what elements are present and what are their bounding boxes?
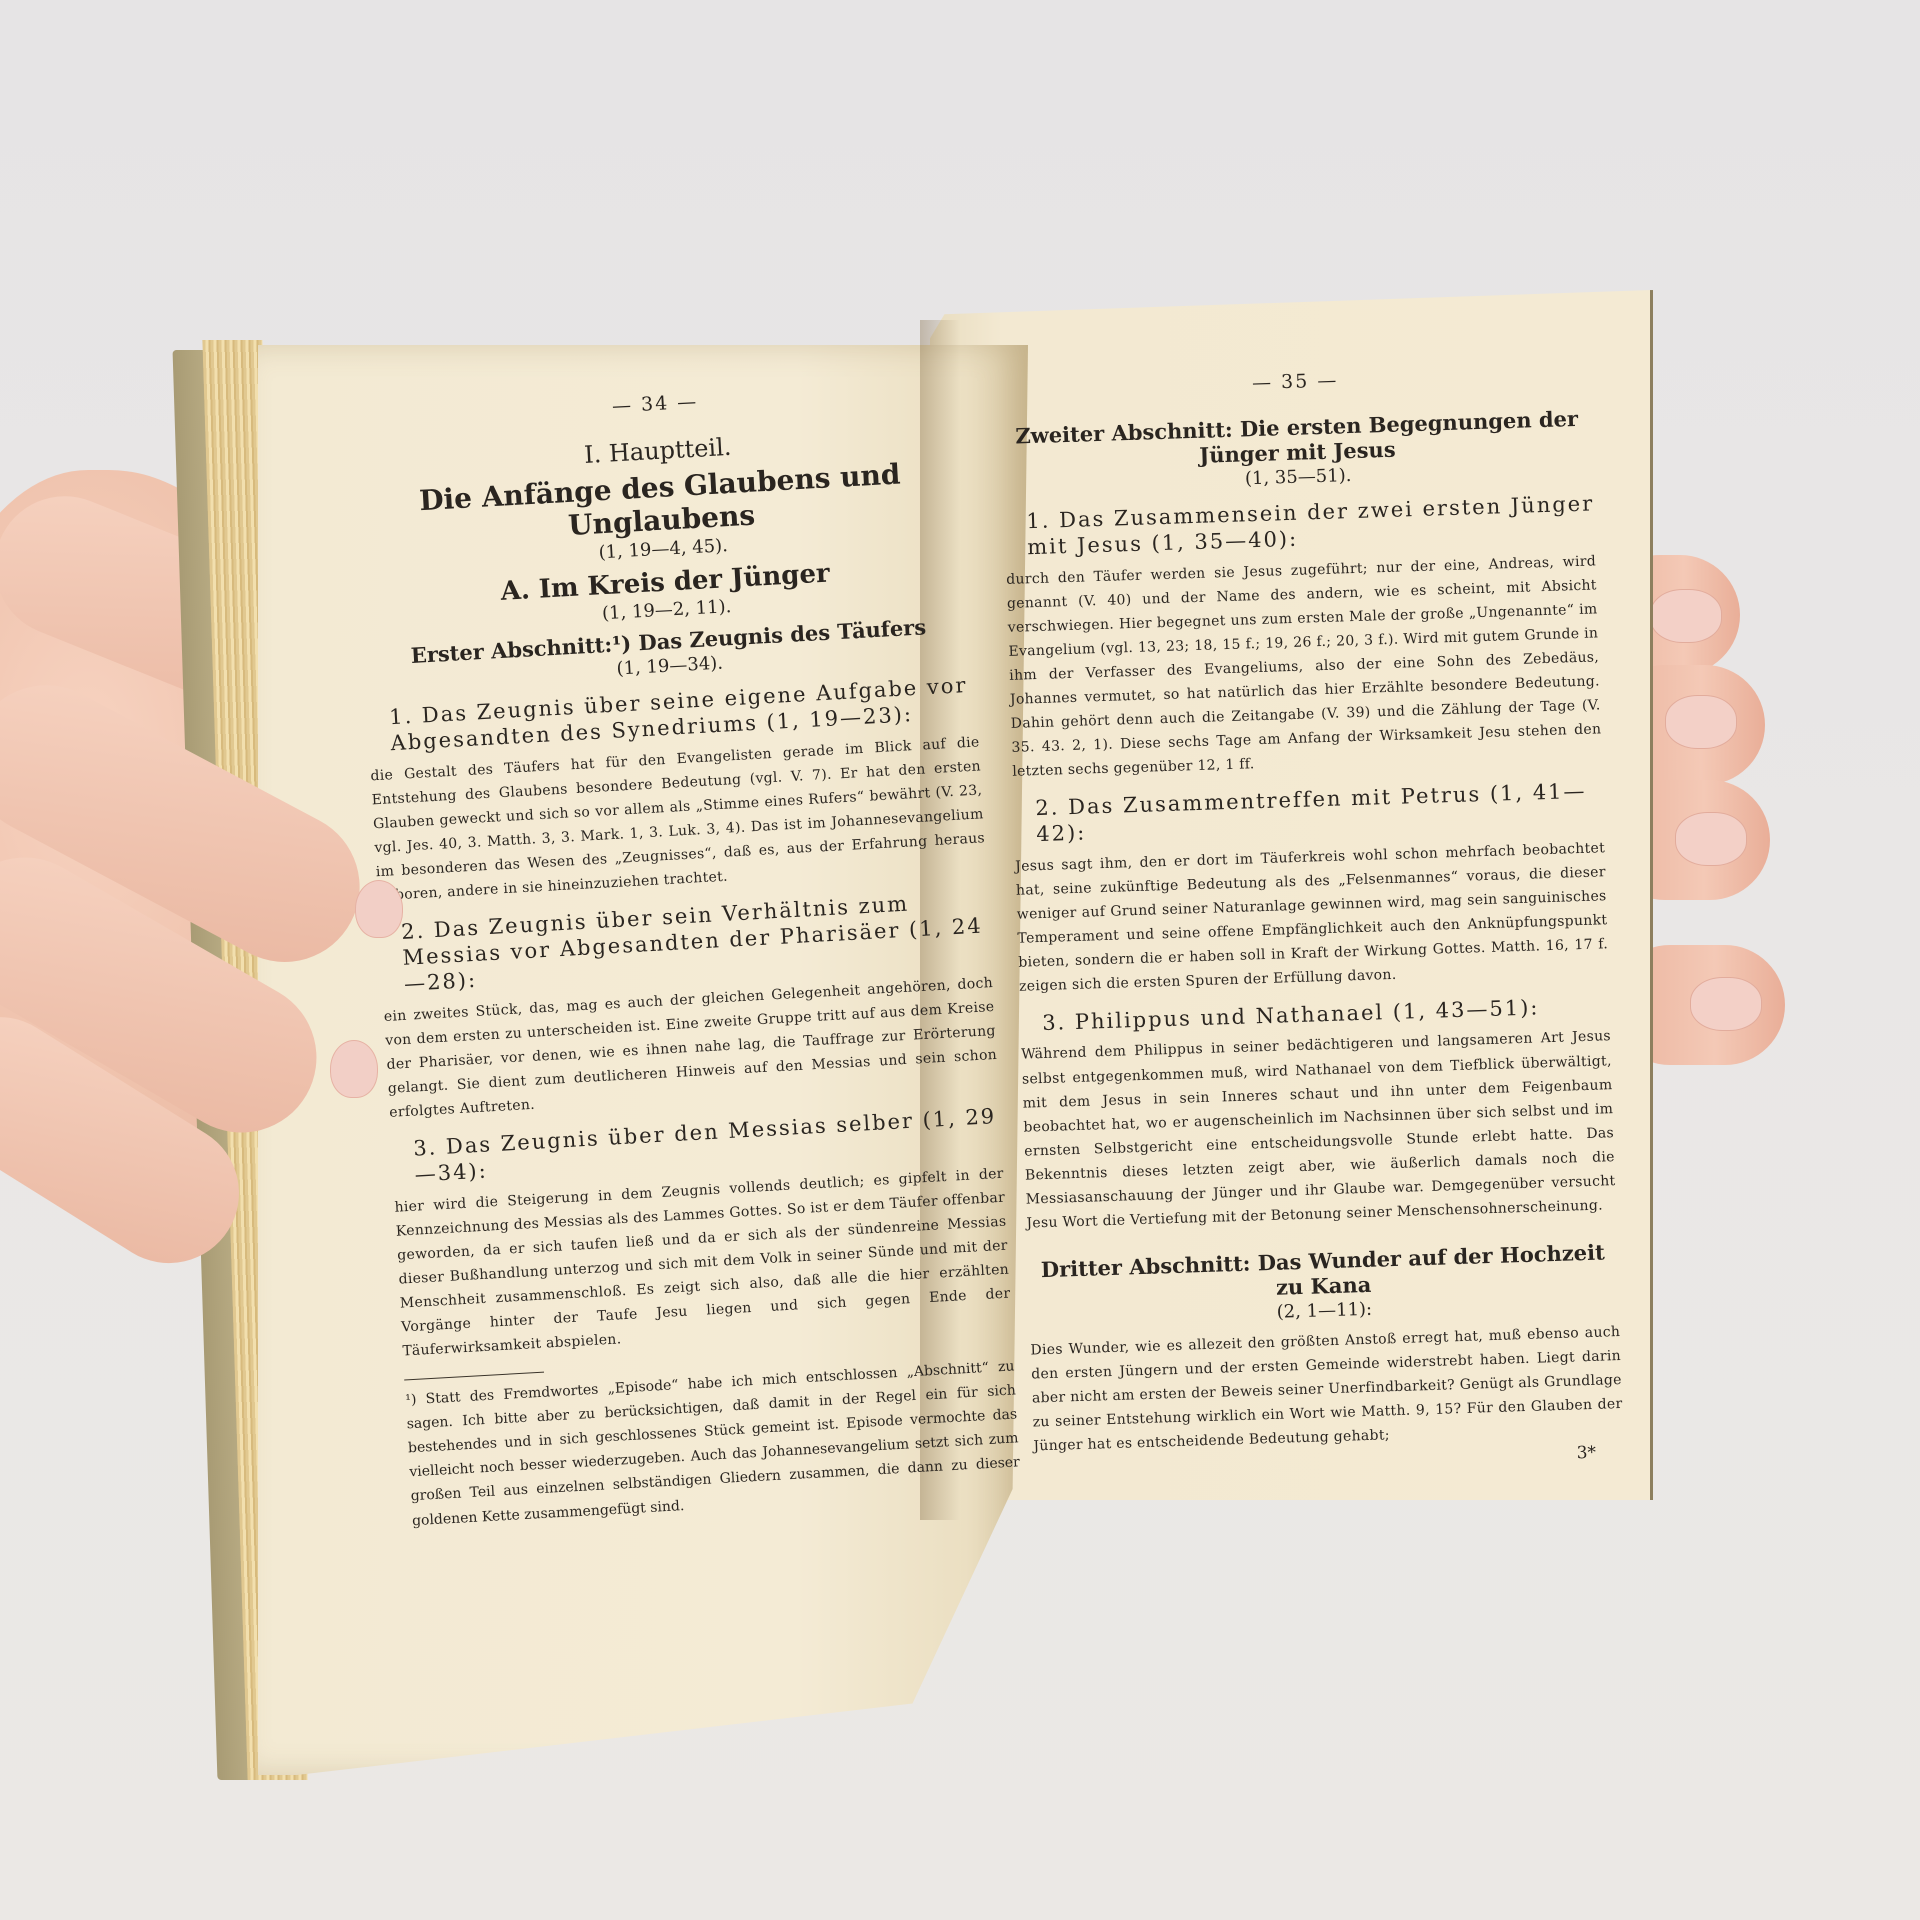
paragraph: hier wird die Steigerung in dem Zeugnis … xyxy=(394,1161,1012,1363)
fingernail xyxy=(330,1040,378,1098)
paragraph: Während dem Philippus in seiner bedächti… xyxy=(1021,1025,1617,1236)
fingernail xyxy=(1665,695,1737,749)
paragraph: durch den Täufer werden sie Jesus zugefü… xyxy=(1006,549,1603,784)
fingernail xyxy=(1650,589,1722,643)
left-page-text: — 34 — I. Hauptteil. Die Anfänge des Gla… xyxy=(350,376,1022,1533)
fingernail xyxy=(1690,977,1762,1031)
fingernail xyxy=(1675,812,1747,866)
paragraph: ein zweites Stück, das, mag es auch der … xyxy=(383,971,999,1125)
footnote-divider xyxy=(404,1372,544,1381)
fingernail xyxy=(355,880,403,938)
paragraph: Dies Wunder, wie es allezeit den größten… xyxy=(1030,1320,1623,1459)
item-heading: 1. Das Zusammensein der zwei ersten Jüng… xyxy=(1026,490,1595,560)
paragraph: Jesus sagt ihm, den er dort im Täuferkre… xyxy=(1015,836,1609,999)
right-page-text: — 35 — Zweiter Abschnitt: Die ersten Beg… xyxy=(1000,361,1624,1480)
paragraph: die Gestalt des Täufers hat für den Evan… xyxy=(370,730,987,908)
item-heading: 2. Das Zusammentreffen mit Petrus (1, 41… xyxy=(1035,777,1604,847)
